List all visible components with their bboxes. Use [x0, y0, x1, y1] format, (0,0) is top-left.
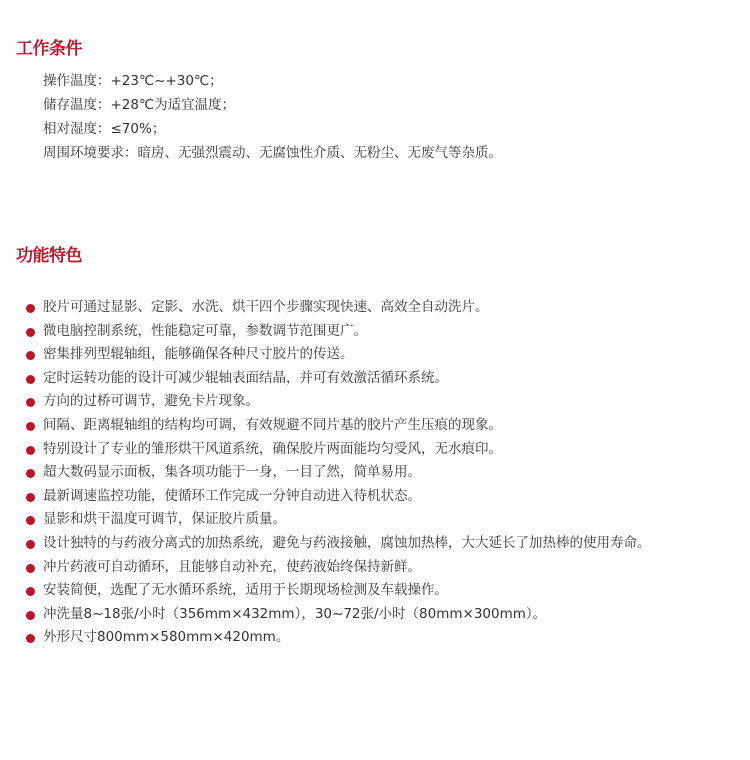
- bullet-dot-icon: [26, 634, 35, 643]
- feature-item: 最新调速监控功能，使循环工作完成一分钟自动进入待机状态。: [22, 485, 722, 509]
- feature-item: 方向的过桥可调节，避免卡片现象。: [22, 390, 722, 414]
- bullet-dot-icon: [26, 564, 35, 573]
- feature-item: 冲洗量8~18张/小时（356mm×432mm），30~72张/小时（80mm×…: [22, 603, 722, 627]
- bullet-dot-icon: [26, 587, 35, 596]
- features-title: 功能特色: [16, 241, 82, 266]
- feature-item: 安装简便，选配了无水循环系统，适用于长期现场检测及车载操作。: [22, 579, 722, 603]
- bullet-dot-icon: [26, 398, 35, 407]
- bullet-dot-icon: [26, 611, 35, 620]
- bullet-dot-icon: [26, 328, 35, 337]
- feature-item: 设计独特的与药液分离式的加热系统，避免与药液接触，腐蚀加热棒，大大延长了加热棒的…: [22, 532, 722, 556]
- feature-item: 微电脑控制系统，性能稳定可靠，参数调节范围更广。: [22, 320, 722, 344]
- condition-environment: 周围环境要求：暗房、无强烈震动、无腐蚀性介质、无粉尘、无废气等杂质。: [43, 141, 502, 165]
- condition-relative-humidity: 相对湿度：≤70%；: [43, 117, 502, 141]
- feature-item: 密集排列型辊轴组，能够确保各种尺寸胶片的传送。: [22, 343, 722, 367]
- working-conditions-list: 操作温度：+23℃~+30℃； 储存温度：+28℃为适宜温度； 相对湿度：≤70…: [43, 69, 502, 165]
- feature-item: 外形尺寸800mm×580mm×420mm。: [22, 626, 722, 650]
- bullet-dot-icon: [26, 540, 35, 549]
- bullet-dot-icon: [26, 493, 35, 502]
- bullet-dot-icon: [26, 446, 35, 455]
- bullet-dot-icon: [26, 375, 35, 384]
- feature-item: 显影和烘干温度可调节，保证胶片质量。: [22, 508, 722, 532]
- bullet-dot-icon: [26, 516, 35, 525]
- bullet-dot-icon: [26, 351, 35, 360]
- features-list: 胶片可通过显影、定影、水洗、烘干四个步骤实现快速、高效全自动洗片。 微电脑控制系…: [22, 296, 722, 650]
- feature-item: 特别设计了专业的雏形烘干风道系统，确保胶片两面能均匀受风，无水痕印。: [22, 438, 722, 462]
- bullet-dot-icon: [26, 422, 35, 431]
- condition-operating-temperature: 操作温度：+23℃~+30℃；: [43, 69, 502, 93]
- condition-storage-temperature: 储存温度：+28℃为适宜温度；: [43, 93, 502, 117]
- bullet-dot-icon: [26, 469, 35, 478]
- feature-item: 超大数码显示面板，集各项功能于一身，一目了然，简单易用。: [22, 461, 722, 485]
- bullet-dot-icon: [26, 304, 35, 313]
- feature-item: 冲片药液可自动循环，且能够自动补充，使药液始终保持新鲜。: [22, 556, 722, 580]
- feature-item: 间隔、距离辊轴组的结构均可调，有效规避不同片基的胶片产生压痕的现象。: [22, 414, 722, 438]
- feature-item: 胶片可通过显影、定影、水洗、烘干四个步骤实现快速、高效全自动洗片。: [22, 296, 722, 320]
- working-conditions-title: 工作条件: [16, 34, 82, 59]
- feature-item: 定时运转功能的设计可减少辊轴表面结晶，并可有效激活循环系统。: [22, 367, 722, 391]
